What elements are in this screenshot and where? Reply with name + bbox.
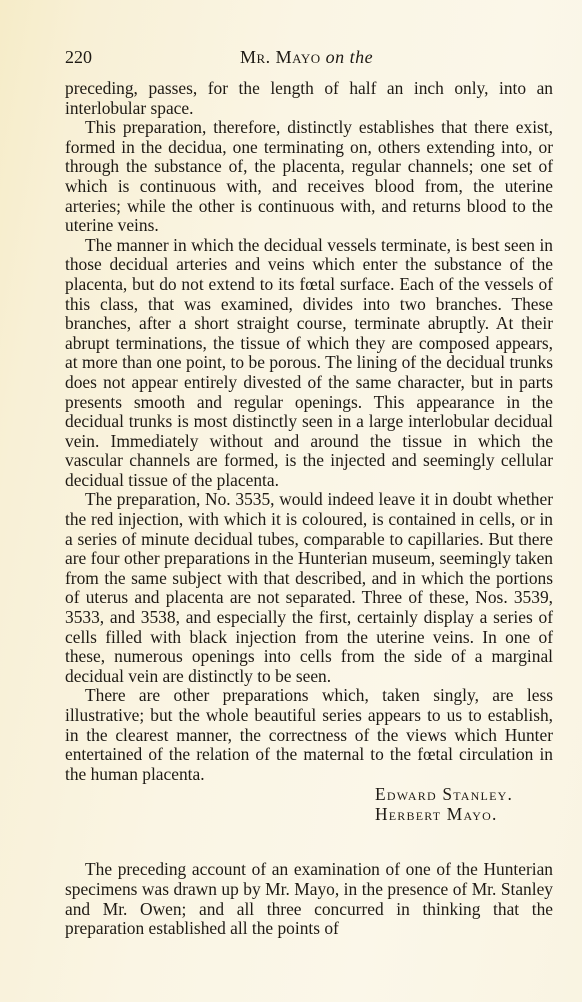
paragraph-continued: preceding, passes, for the length of hal… xyxy=(65,79,553,118)
paragraph: The preparation, No. 3535, would indeed … xyxy=(65,490,553,686)
paragraph: This preparation, therefore, distinctly … xyxy=(65,118,553,236)
postscript-paragraph: The preceding account of an examination … xyxy=(65,860,553,938)
paragraph: The manner in which the decidual vessels… xyxy=(65,236,553,491)
running-head-title: Mr. Mayo on the xyxy=(240,47,373,68)
running-head-author: Mr. Mayo xyxy=(240,47,321,67)
running-head: 220 Mr. Mayo on the xyxy=(65,47,553,69)
signature-stanley: Edward Stanley. xyxy=(375,784,553,804)
paragraph: There are other preparations which, take… xyxy=(65,686,553,784)
running-head-subject: on the xyxy=(326,47,374,67)
signature-mayo: Herbert Mayo. xyxy=(375,804,553,824)
body-text: preceding, passes, for the length of hal… xyxy=(65,79,553,939)
signatures: Edward Stanley. Herbert Mayo. xyxy=(65,784,553,824)
page-number: 220 xyxy=(65,47,92,68)
